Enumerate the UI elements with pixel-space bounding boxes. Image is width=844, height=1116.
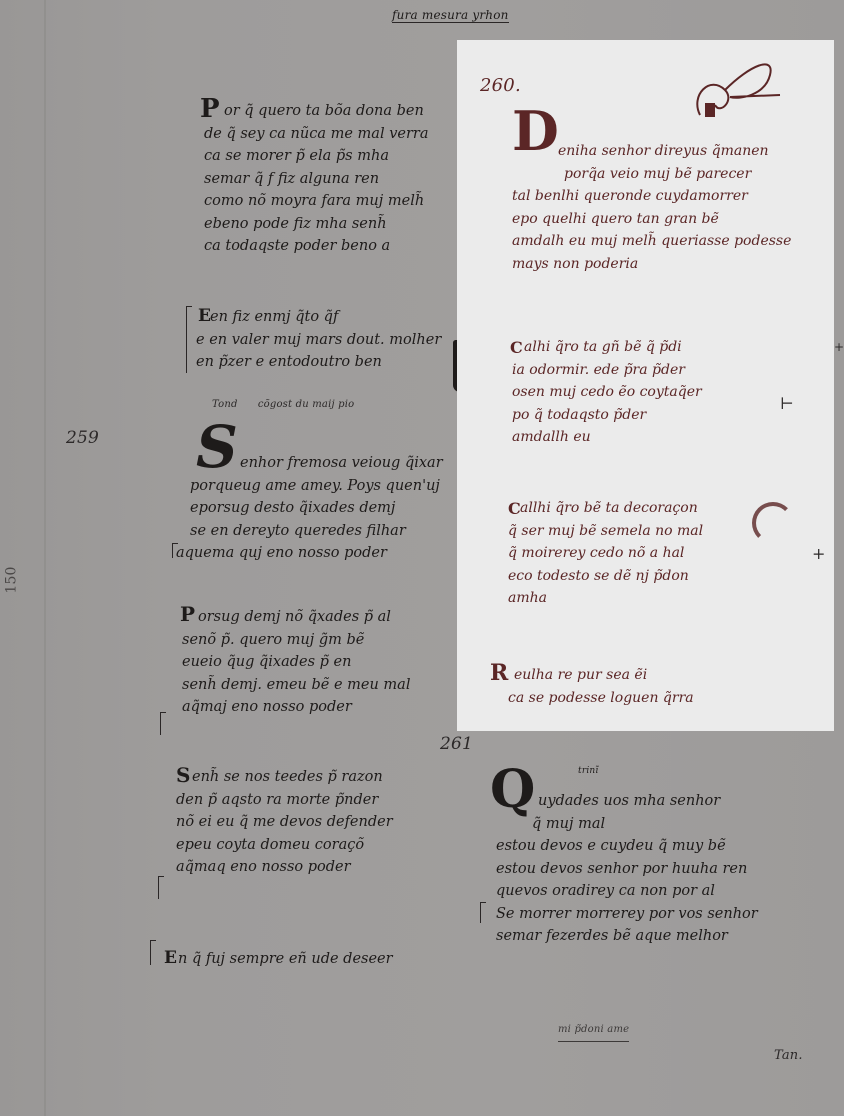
left-stanza-1: or q̃ quero ta bõa dona ben de q̃ sey ca…	[204, 100, 428, 258]
verse-line: nõ ei eu q̃ me devos defender	[176, 811, 393, 834]
verse-line: q̃ moirerey cedo nõ a hal	[508, 542, 703, 565]
margin-mark: ⊢	[780, 394, 794, 413]
verse-line: senh̃ demj. emeu bẽ e meu mal	[182, 674, 410, 697]
left-stanza-3: enhor fremosa veioug q̃ixar porqueug ame…	[190, 452, 443, 565]
poem-number-259: 259	[66, 428, 99, 448]
initial-letter-r: R	[490, 662, 508, 684]
ink-circle-mark	[752, 502, 794, 544]
verse-bracket	[158, 876, 164, 899]
verse-line: amdalh eu muj melh̃ queriasse podesse	[512, 230, 791, 253]
verse-line: osen muj cedo ẽo coytaq̃er	[512, 381, 702, 404]
verse-line: n q̃ fuj sempre eñ ude deseer	[178, 948, 393, 971]
cross-mark: +	[834, 340, 844, 354]
bottom-note: mi p̃doni ame	[558, 1024, 629, 1042]
right-stanza-1: eniha senhor direyus q̃manen porq̃a veio…	[512, 140, 791, 275]
poem-number-260: 260.	[480, 75, 521, 96]
verse-line: quevos oradirey ca non por al	[496, 880, 758, 903]
page-fold-line	[44, 0, 46, 1116]
verse-line: den p̃ aqsto ra morte p̃nder	[176, 789, 393, 812]
verse-line: mays non poderia	[512, 253, 791, 276]
catchword: Tan.	[774, 1048, 803, 1063]
verse-bracket	[160, 712, 166, 735]
verse-line: senõ p̃. quero muj g̃m bẽ	[182, 629, 410, 652]
verse-line: en p̃zer e entodoutro ben	[196, 351, 441, 374]
verse-line: epo quelhi quero tan gran bẽ	[512, 208, 791, 231]
verse-line: en fiz enmj q̃to q̃f	[196, 306, 441, 329]
verse-line: epeu coyta domeu coraçõ	[176, 834, 393, 857]
header-note: fura mesura yrhon	[392, 8, 509, 23]
verse-line: eniha senhor direyus q̃manen	[512, 140, 791, 163]
verse-line: porq̃a veio muj bẽ parecer	[512, 163, 791, 186]
verse-line: q̃ ser muj bẽ semela no mal	[508, 520, 703, 543]
verse-line: ca se morer p̃ ela p̃s mha	[204, 145, 428, 168]
verse-line: como nõ moyra fara muj melh̃	[204, 190, 428, 213]
verse-bracket	[172, 543, 178, 558]
right-stanza-5: uydades uos mha senhor q̃ muj mal estou …	[496, 790, 758, 948]
superscript-note: trinĩ	[578, 766, 598, 776]
verse-line: uydades uos mha senhor	[496, 790, 758, 813]
verse-line: aquema quj eno nosso poder	[176, 542, 443, 565]
verse-line: q̃ muj mal	[496, 813, 758, 836]
right-stanza-4: eulha re pur sea ẽi ca se podesse loguen…	[508, 664, 694, 709]
verse-line: enhor fremosa veioug q̃ixar	[190, 452, 443, 475]
verse-line: eueio q̃ug q̃ixades p̃ en	[182, 651, 410, 674]
folio-number: 150	[4, 566, 20, 593]
left-stanza-4: orsug demj nõ q̃xades p̃ al senõ p̃. que…	[182, 606, 410, 719]
verse-line: estou devos e cuydeu q̃ muy bẽ	[496, 835, 758, 858]
verse-line: alhi q̃ro ta gñ bẽ q̃ p̃di	[512, 336, 702, 359]
verse-bracket	[150, 940, 156, 965]
verse-line: ia odormir. ede p̃ra p̃der	[512, 359, 702, 382]
rubric-note: Tond cõgost du maij pio	[212, 399, 354, 410]
left-stanza-2: en fiz enmj q̃to q̃f e en valer muj mars…	[196, 306, 441, 374]
manuscript-page: fura mesura yrhon 150 259 P or q̃ quero …	[0, 0, 844, 1116]
verse-line: ebeno pode fiz mha senh̃	[204, 213, 428, 236]
verse-line: enh̃ se nos teedes p̃ razon	[176, 766, 393, 789]
left-stanza-6: n q̃ fuj sempre eñ ude deseer	[178, 948, 393, 971]
verse-line: ca todaqste poder beno a	[204, 235, 428, 258]
left-stanza-5: enh̃ se nos teedes p̃ razon den p̃ aqsto…	[176, 766, 393, 879]
verse-line: e en valer muj mars dout. molher	[196, 329, 441, 352]
verse-line: porqueug ame amey. Poys quen'uj	[190, 475, 443, 498]
verse-line: eco todesto se dẽ nj p̃don	[508, 565, 703, 588]
verse-line: amha	[508, 587, 703, 610]
verse-line: amdallh eu	[512, 426, 702, 449]
verse-line: orsug demj nõ q̃xades p̃ al	[182, 606, 410, 629]
verse-line: po q̃ todaqsto p̃der	[512, 404, 702, 427]
verse-line: semar fezerdes bẽ aque melhor	[496, 925, 758, 948]
verse-line: Se morrer morrerey por vos senhor	[496, 903, 758, 926]
verse-line: tal benlhi queronde cuydamorrer	[512, 185, 791, 208]
verse-line: ca se podesse loguen q̃rra	[508, 687, 694, 710]
verse-line: aq̃maq eno nosso poder	[176, 856, 393, 879]
cross-mark: +	[812, 544, 825, 563]
verse-line: or q̃ quero ta bõa dona ben	[204, 100, 428, 123]
verse-bracket	[186, 306, 192, 373]
right-stanza-2: alhi q̃ro ta gñ bẽ q̃ p̃di ia odormir. e…	[512, 336, 702, 449]
verse-line: semar q̃ f fiz alguna ren	[204, 168, 428, 191]
verse-bracket	[480, 902, 486, 923]
right-stanza-3: allhi q̃ro bẽ ta decoraçon q̃ ser muj bẽ…	[508, 497, 703, 610]
verse-line: de q̃ sey ca nũca me mal verra	[204, 123, 428, 146]
initial-letter-e: E	[164, 950, 177, 967]
verse-line: eulha re pur sea ẽi	[508, 664, 694, 687]
verse-line: eporsug desto q̃ixades demj	[190, 497, 443, 520]
verse-line: se en dereyto queredes filhar	[190, 520, 443, 543]
verse-line: estou devos senhor por huuha ren	[496, 858, 758, 881]
pen-flourish-icon	[680, 55, 790, 135]
poem-number-261: 261	[440, 734, 473, 754]
verse-line: aq̃maj eno nosso poder	[182, 696, 410, 719]
verse-line: allhi q̃ro bẽ ta decoraçon	[508, 497, 703, 520]
